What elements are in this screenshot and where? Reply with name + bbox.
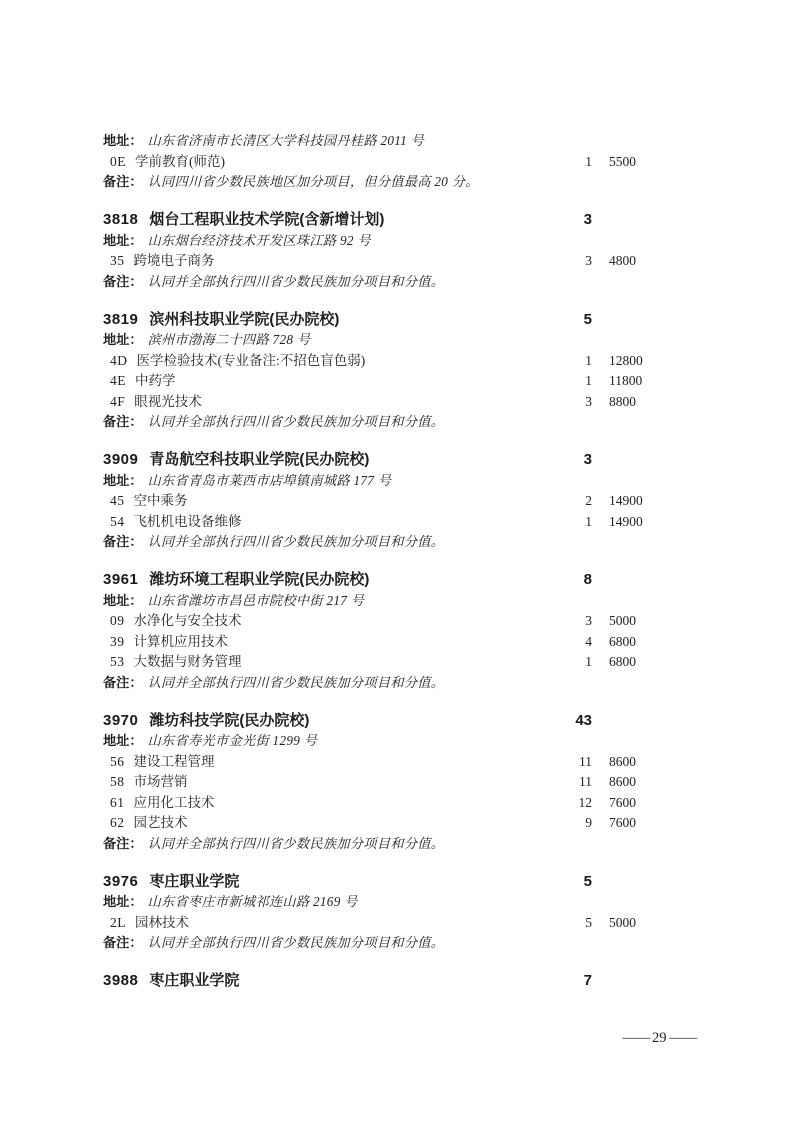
note-row: 备注：认同并全部执行四川省少数民族加分项目和分值。 [103,272,668,293]
major-row: 35跨境电子商务34800 [103,251,668,272]
major-row: 54飞机机电设备维修114900 [103,512,668,533]
document-page: 地址：山东省济南市长清区大学科技园丹桂路 2011 号0E学前教育(师范)155… [0,0,794,1123]
major-tuition-fee: 6800 [609,652,673,673]
major-code: 62 [110,815,125,830]
major-name: 中药学 [135,373,176,388]
address-row: 地址：山东省枣庄市新城祁连山路 2169 号 [103,892,668,913]
major-name: 建设工程管理 [134,754,215,769]
institution-header-row: 3970潍坊科技学院(民办院校)43 [103,711,668,732]
address-value: 山东省枣庄市新城祁连山路 2169 号 [148,894,358,909]
institution-header-row: 3909青岛航空科技职业学院(民办院校)3 [103,450,668,471]
institution-name: 潍坊环境工程职业学院(民办院校) [149,571,369,588]
major-row: 2L园林技术55000 [103,913,668,934]
note-value: 认同并全部执行四川省少数民族加分项目和分值。 [148,836,445,851]
major-name: 计算机应用技术 [134,634,229,649]
major-plan-count: 11 [540,752,592,773]
address-value: 山东省潍坊市昌邑市院校中街 217 号 [148,593,365,608]
address-row: 地址：滨州市渤海二十四路 728 号 [103,330,668,351]
institution-header-row: 3961潍坊环境工程职业学院(民办院校)8 [103,570,668,591]
address-label: 地址： [103,473,143,488]
note-row: 备注：认同并全部执行四川省少数民族加分项目和分值。 [103,933,668,954]
entry-3976: 3976枣庄职业学院5地址：山东省枣庄市新城祁连山路 2169 号2L园林技术5… [103,872,668,954]
institution-name: 枣庄职业学院 [149,873,239,890]
note-value: 认同并全部执行四川省少数民族加分项目和分值。 [148,675,445,690]
major-tuition-fee: 8800 [609,392,673,413]
note-value: 认同并全部执行四川省少数民族加分项目和分值。 [148,534,445,549]
major-code: 2L [110,915,126,930]
major-tuition-fee: 5500 [609,152,673,173]
institution-plan-total: 7 [540,971,592,992]
major-code: 61 [110,795,125,810]
major-row: 09水净化与安全技术35000 [103,611,668,632]
note-row: 备注：认同并全部执行四川省少数民族加分项目和分值。 [103,834,668,855]
address-value: 山东省寿光市金光街 1299 号 [148,733,318,748]
address-label: 地址： [103,332,143,347]
major-plan-count: 3 [540,392,592,413]
institution-code: 3909 [103,451,138,468]
entry-3818: 3818烟台工程职业技术学院(含新增计划)3地址：山东烟台经济技术开发区珠江路 … [103,210,668,292]
major-code: 54 [110,514,125,529]
major-code: 39 [110,634,125,649]
institution-header-row: 3976枣庄职业学院5 [103,872,668,893]
major-code: 35 [110,253,125,268]
address-label: 地址： [103,133,143,148]
note-label: 备注： [103,675,143,690]
major-tuition-fee: 12800 [609,351,673,372]
note-label: 备注： [103,836,143,851]
major-tuition-fee: 8600 [609,752,673,773]
major-tuition-fee: 4800 [609,251,673,272]
address-row: 地址：山东省潍坊市昌邑市院校中街 217 号 [103,591,668,612]
major-plan-count: 1 [540,512,592,533]
note-row: 备注：认同并全部执行四川省少数民族加分项目和分值。 [103,673,668,694]
note-value: 认同四川省少数民族地区加分项目，但分值最高 20 分。 [148,174,479,189]
institution-plan-total: 3 [540,210,592,231]
major-row: 61应用化工技术127600 [103,793,668,814]
institution-name: 青岛航空科技职业学院(民办院校) [149,451,369,468]
page-number-dash-left: — [622,1030,650,1047]
major-code: 4E [110,373,126,388]
institution-name: 枣庄职业学院 [149,972,239,989]
major-name: 园艺技术 [134,815,188,830]
major-tuition-fee: 11800 [609,371,673,392]
note-value: 认同并全部执行四川省少数民族加分项目和分值。 [148,414,445,429]
major-row: 62园艺技术97600 [103,813,668,834]
major-row: 4D医学检验技术(专业备注:不招色盲色弱)112800 [103,351,668,372]
address-row: 地址：山东省济南市长清区大学科技园丹桂路 2011 号 [103,131,668,152]
entry-3819: 3819滨州科技职业学院(民办院校)5地址：滨州市渤海二十四路 728 号4D医… [103,310,668,433]
entries-container: 地址：山东省济南市长清区大学科技园丹桂路 2011 号0E学前教育(师范)155… [103,131,668,1009]
institution-name: 烟台工程职业技术学院(含新增计划) [149,211,384,228]
institution-header-row: 3988枣庄职业学院7 [103,971,668,992]
note-label: 备注： [103,174,143,189]
institution-code: 3961 [103,571,138,588]
institution-code: 3970 [103,712,138,729]
institution-plan-total: 5 [540,310,592,331]
address-row: 地址：山东烟台经济技术开发区珠江路 92 号 [103,231,668,252]
major-tuition-fee: 5000 [609,611,673,632]
entry-3961: 3961潍坊环境工程职业学院(民办院校)8地址：山东省潍坊市昌邑市院校中街 21… [103,570,668,693]
major-tuition-fee: 14900 [609,512,673,533]
major-row: 58市场营销118600 [103,772,668,793]
major-plan-count: 12 [540,793,592,814]
address-label: 地址： [103,233,143,248]
major-plan-count: 1 [540,652,592,673]
address-value: 山东省济南市长清区大学科技园丹桂路 2011 号 [148,133,425,148]
major-row: 0E学前教育(师范)15500 [103,152,668,173]
note-label: 备注： [103,935,143,950]
major-row: 56建设工程管理118600 [103,752,668,773]
major-name: 飞机机电设备维修 [134,514,242,529]
entry-continuation: 地址：山东省济南市长清区大学科技园丹桂路 2011 号0E学前教育(师范)155… [103,131,668,193]
address-value: 滨州市渤海二十四路 728 号 [148,332,311,347]
institution-code: 3819 [103,311,138,328]
major-row: 4F眼视光技术38800 [103,392,668,413]
institution-code: 3818 [103,211,138,228]
major-plan-count: 2 [540,491,592,512]
page-number: — 29 — [629,1030,691,1047]
major-plan-count: 4 [540,632,592,653]
major-name: 园林技术 [135,915,189,930]
note-row: 备注：认同并全部执行四川省少数民族加分项目和分值。 [103,532,668,553]
address-value: 山东省青岛市莱西市店埠镇南城路 177 号 [148,473,392,488]
major-code: 09 [110,613,125,628]
note-row: 备注：认同四川省少数民族地区加分项目，但分值最高 20 分。 [103,172,668,193]
entry-3988: 3988枣庄职业学院7 [103,971,668,992]
institution-plan-total: 3 [540,450,592,471]
major-plan-count: 3 [540,251,592,272]
institution-header-row: 3819滨州科技职业学院(民办院校)5 [103,310,668,331]
address-label: 地址： [103,894,143,909]
major-name: 市场营销 [134,774,188,789]
major-plan-count: 11 [540,772,592,793]
major-row: 53大数据与财务管理16800 [103,652,668,673]
major-plan-count: 9 [540,813,592,834]
major-name: 水净化与安全技术 [134,613,242,628]
major-code: 4D [110,353,128,368]
major-name: 应用化工技术 [134,795,215,810]
major-name: 眼视光技术 [134,394,202,409]
address-row: 地址：山东省寿光市金光街 1299 号 [103,731,668,752]
note-label: 备注： [103,414,143,429]
institution-plan-total: 8 [540,570,592,591]
note-label: 备注： [103,274,143,289]
major-plan-count: 1 [540,152,592,173]
major-name: 大数据与财务管理 [134,654,242,669]
note-label: 备注： [103,534,143,549]
major-code: 45 [110,493,125,508]
major-code: 4F [110,394,125,409]
entry-3909: 3909青岛航空科技职业学院(民办院校)3地址：山东省青岛市莱西市店埠镇南城路 … [103,450,668,553]
note-value: 认同并全部执行四川省少数民族加分项目和分值。 [148,935,445,950]
entry-3970: 3970潍坊科技学院(民办院校)43地址：山东省寿光市金光街 1299 号56建… [103,711,668,855]
major-tuition-fee: 8600 [609,772,673,793]
major-name: 医学检验技术(专业备注:不招色盲色弱) [137,353,366,368]
major-tuition-fee: 5000 [609,913,673,934]
major-name: 空中乘务 [134,493,188,508]
major-code: 0E [110,154,126,169]
address-value: 山东烟台经济技术开发区珠江路 92 号 [148,233,371,248]
address-label: 地址： [103,733,143,748]
major-row: 39计算机应用技术46800 [103,632,668,653]
address-row: 地址：山东省青岛市莱西市店埠镇南城路 177 号 [103,471,668,492]
page-number-dash-right: — [669,1030,697,1047]
note-row: 备注：认同并全部执行四川省少数民族加分项目和分值。 [103,412,668,433]
institution-name: 滨州科技职业学院(民办院校) [149,311,339,328]
major-tuition-fee: 14900 [609,491,673,512]
major-plan-count: 5 [540,913,592,934]
institution-plan-total: 43 [540,711,592,732]
major-name: 跨境电子商务 [134,253,215,268]
page-number-value: 29 [652,1030,667,1047]
institution-header-row: 3818烟台工程职业技术学院(含新增计划)3 [103,210,668,231]
major-row: 4E中药学111800 [103,371,668,392]
major-tuition-fee: 6800 [609,632,673,653]
institution-code: 3988 [103,972,138,989]
major-row: 45空中乘务214900 [103,491,668,512]
institution-code: 3976 [103,873,138,890]
note-value: 认同并全部执行四川省少数民族加分项目和分值。 [148,274,445,289]
institution-plan-total: 5 [540,872,592,893]
major-tuition-fee: 7600 [609,793,673,814]
major-plan-count: 3 [540,611,592,632]
major-plan-count: 1 [540,351,592,372]
major-plan-count: 1 [540,371,592,392]
major-tuition-fee: 7600 [609,813,673,834]
major-code: 56 [110,754,125,769]
institution-name: 潍坊科技学院(民办院校) [149,712,309,729]
address-label: 地址： [103,593,143,608]
major-code: 58 [110,774,125,789]
major-code: 53 [110,654,125,669]
major-name: 学前教育(师范) [135,154,225,169]
